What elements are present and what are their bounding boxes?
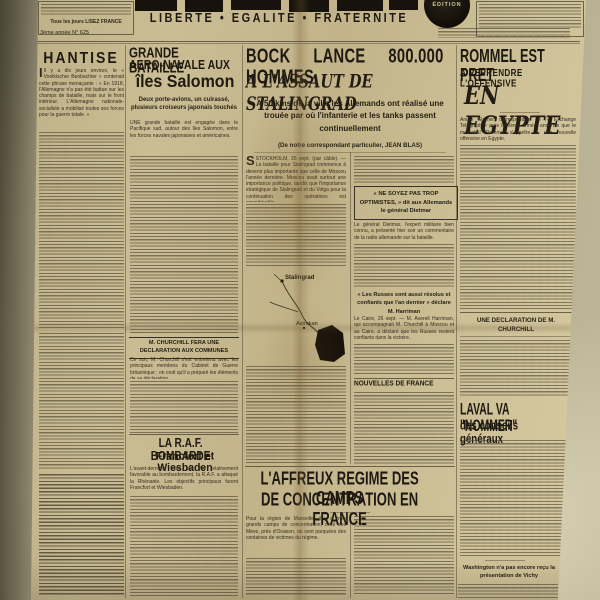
edition-badge: ÉDITION: [424, 0, 470, 28]
map-label-astrakan: Astrakan: [296, 321, 318, 327]
masthead-letter-fragment: [185, 0, 223, 12]
article-body-texture: [246, 366, 346, 464]
masthead-slogan: Tous les jours LISEZ FRANCE: [41, 19, 131, 25]
masthead-letter-fragment: [135, 0, 177, 11]
column-rule-2: [242, 45, 243, 598]
section-rule: [460, 312, 572, 313]
article-body-texture: [130, 496, 238, 596]
article-body-texture: [246, 558, 346, 596]
raf-lead: L'avant-dernière nuit, qui fut relativem…: [130, 466, 238, 494]
masthead-rule: [36, 41, 580, 42]
churchill-communes-lead: Ce soir, M. Churchill s'est entretenu av…: [130, 357, 238, 379]
drop-cap: S: [246, 156, 256, 166]
article-body-texture: [130, 381, 238, 433]
byline-rule: [254, 152, 446, 153]
stalingrad-map: Stalingrad Astrakan: [268, 268, 350, 362]
map-label-stalingrad: Stalingrad: [285, 275, 315, 281]
article-body-texture: [460, 340, 572, 396]
salomon-deck: Deux porte-avions, un cuirassé, plusieur…: [130, 96, 238, 113]
article-body-texture: [246, 204, 346, 266]
dietmar-lead: Le général Dietmar, l'expert militaire b…: [354, 222, 454, 242]
article-body-texture: [130, 156, 238, 334]
salomon-title: îles Salomon: [129, 74, 241, 92]
article-body-texture: [39, 333, 124, 469]
salomon-kicker2: AERO-NAVALE AUX: [129, 60, 232, 73]
decorative-rule: [330, 512, 370, 513]
photo-scene: ÉDITION Tous les jours LISEZ FRANCE LIBE…: [0, 0, 600, 600]
masthead-rule-2: [36, 43, 580, 44]
column-rule-1: [125, 45, 126, 598]
ear-left-texture: [41, 4, 131, 17]
article-body-texture: [354, 156, 454, 184]
article-body-texture: [460, 440, 568, 556]
churchill-communes-head: M. CHURCHILL FERA UNE DECLARATION AUX CO…: [129, 337, 239, 359]
dietmar-box-head: « NE SOYEZ PAS TROP OPTIMISTES, » dit au…: [354, 186, 458, 220]
decorative-rule: [485, 560, 525, 561]
nouvelles-head: NOUVELLES DE FRANCE: [354, 381, 454, 388]
camps-lead: Pour la région de Marseille, il y a troi…: [246, 516, 346, 556]
rommel-lead: André Glarner, correspondant de l'« Exch…: [460, 117, 576, 143]
masthead-letter-fragment: [231, 0, 281, 10]
harriman-head: « Les Russes sont aussi résolus et confi…: [354, 291, 454, 316]
article-body-texture: [354, 392, 454, 464]
article-body-texture: [460, 145, 576, 309]
article-body-texture: [39, 474, 124, 596]
churchill-declaration-head: UNE DECLARATION DE M. CHURCHILL: [460, 316, 572, 335]
bock-lead: SSTOCKHOLM, 26 sept. (par câble). — La b…: [246, 156, 346, 202]
decorative-rule: [500, 112, 540, 113]
section-rule: [354, 378, 454, 379]
column-rule-3: [456, 45, 457, 598]
salomon-lead: UNE grande bataille est engagée dans le …: [130, 120, 238, 154]
column-rule-center-sub: [350, 152, 351, 464]
masthead-motto: LIBERTE • EGALITE • FRATERNITE: [138, 13, 420, 26]
edition-badge-label: ÉDITION: [432, 2, 461, 8]
ear-right-texture: [479, 4, 581, 28]
section-rule: [129, 434, 239, 435]
article-body-texture: [354, 344, 454, 376]
masthead-letter-fragment: [389, 0, 418, 10]
bock-deck: A 50 kms de la ville les Allemands ont r…: [254, 98, 446, 135]
section-rule: [245, 466, 455, 467]
article-body-texture: [39, 132, 124, 328]
newspaper-page: ÉDITION Tous les jours LISEZ FRANCE LIBE…: [30, 0, 586, 600]
map-graphic: Stalingrad Astrakan: [268, 268, 350, 362]
masthead-letter-fragment: [337, 0, 383, 11]
section-rule: [460, 336, 572, 337]
hantise-headline: HANTISE: [38, 50, 124, 65]
article-body-texture: [354, 516, 454, 596]
masthead-letter-fragment: [289, 0, 329, 12]
issue-number: 3ème année N° 625: [40, 30, 89, 36]
article-body-texture: [354, 244, 454, 288]
article-body-texture: [458, 584, 558, 598]
dateline-right-texture: [438, 28, 570, 38]
hantise-lead: IIl y a dix jours environ, le « Voelkisc…: [39, 68, 124, 130]
bock-byline: (De notre correspondant particulier, JEA…: [254, 142, 446, 149]
harriman-lead: Le Caire, 26 sept. — M. Averell Harriman…: [354, 316, 454, 342]
washington-head: Washington n'a pas encore reçu la présen…: [458, 564, 560, 581]
